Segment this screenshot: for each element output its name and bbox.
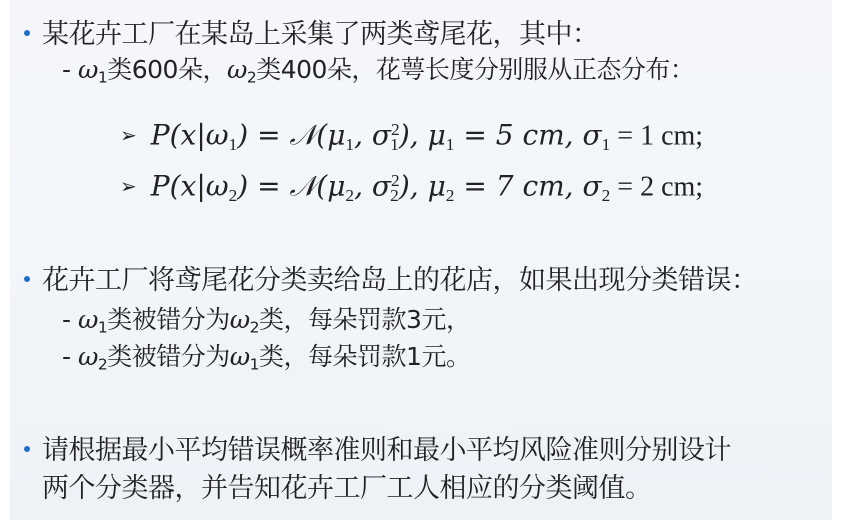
omega-2: ω: [227, 55, 247, 84]
class-2-count: 类400朵，花萼长度分别服从正态分布：: [256, 55, 694, 84]
subscript: 1: [229, 135, 238, 154]
dash: -: [62, 305, 71, 334]
bullet-3: 请根据最小平均错误概率准则和最小平均风险准则分别设计: [24, 434, 731, 468]
formula-text: P(x|ω: [151, 170, 229, 203]
subscript: 2: [250, 319, 259, 337]
subscript: 1: [602, 135, 611, 154]
bullet-dot: [24, 30, 30, 36]
omega: ω: [78, 342, 98, 371]
formula-text: ) = 𝒩(μ: [237, 170, 345, 203]
formula-text: ) = 𝒩(μ: [237, 119, 345, 152]
formula-text: = 1 cm;: [610, 121, 703, 152]
class-1-count: 类600朵，: [107, 55, 227, 84]
formula-text: = 2 cm;: [610, 172, 703, 203]
bullet-1: 某花卉工厂在某岛上采集了两类鸢尾花，其中：: [24, 18, 599, 52]
bullet-3-text: 请根据最小平均错误概率准则和最小平均风险准则分别设计: [42, 435, 731, 466]
formula-text: ), μ: [399, 119, 446, 152]
formula-text: , σ: [354, 119, 391, 152]
subscript: 2: [602, 186, 611, 205]
formula-2: ➢P(x|ω2) = 𝒩(μ2, σ22), μ2 = 7 cm, σ2 = 2…: [120, 163, 703, 214]
dash: -: [62, 342, 71, 371]
formula-1: ➢P(x|ω1) = 𝒩(μ1, σ21), μ1 = 5 cm, σ1 = 1…: [120, 112, 703, 163]
formula-text: = 7 cm, σ: [454, 170, 601, 203]
omega: ω: [230, 305, 250, 334]
subscript: 1: [250, 356, 259, 374]
slide: 某花卉工厂在某岛上采集了两类鸢尾花，其中： - ω1类600朵，ω2类400朵，…: [10, 0, 832, 520]
bullet-2-sub-1: - ω1类被错分为ω2类，每朵罚款3元，: [62, 304, 470, 344]
omega: ω: [78, 305, 98, 334]
bullet-1-sub: - ω1类600朵，ω2类400朵，花萼长度分别服从正态分布：: [62, 54, 694, 94]
bullet-2-text: 花卉工厂将鸢尾花分类卖给岛上的花店，如果出现分类错误：: [42, 265, 758, 296]
sub-text: 类被错分为: [107, 305, 230, 334]
subscript: 1: [390, 135, 399, 154]
subscript: 2: [345, 186, 354, 205]
formula-text: , σ: [354, 170, 391, 203]
subscript: 2: [390, 186, 399, 205]
arrow-bullet-icon: ➢: [120, 125, 137, 147]
subscript: 1: [98, 319, 107, 337]
subscript: 1: [98, 69, 107, 87]
dash: -: [62, 55, 78, 84]
omega: ω: [230, 342, 250, 371]
bullet-3-continuation-text: 两个分类器，并告知花卉工厂工人相应的分类阈值。: [42, 473, 652, 504]
bullet-dot: [24, 276, 30, 282]
bullet-3-continuation: 两个分类器，并告知花卉工厂工人相应的分类阈值。: [42, 472, 652, 506]
subscript: 1: [345, 135, 354, 154]
subscript: 2: [98, 356, 107, 374]
bullet-2-sub-2: - ω2类被错分为ω1类，每朵罚款1元。: [62, 341, 470, 381]
bullet-2: 花卉工厂将鸢尾花分类卖给岛上的花店，如果出现分类错误：: [24, 264, 758, 298]
bullet-1-text: 某花卉工厂在某岛上采集了两类鸢尾花，其中：: [42, 19, 599, 50]
bullet-dot: [24, 446, 30, 452]
penalty-text: 类，每朵罚款1元。: [259, 342, 470, 371]
omega-1: ω: [78, 55, 98, 84]
arrow-bullet-icon: ➢: [120, 176, 137, 198]
formula-text: P(x|ω: [151, 119, 229, 152]
penalty-text: 类，每朵罚款3元，: [259, 305, 470, 334]
formula-text: ), μ: [399, 170, 446, 203]
subscript: 2: [247, 69, 256, 87]
subscript: 2: [229, 186, 238, 205]
formula-text: = 5 cm, σ: [454, 119, 601, 152]
sub-text: 类被错分为: [107, 342, 230, 371]
